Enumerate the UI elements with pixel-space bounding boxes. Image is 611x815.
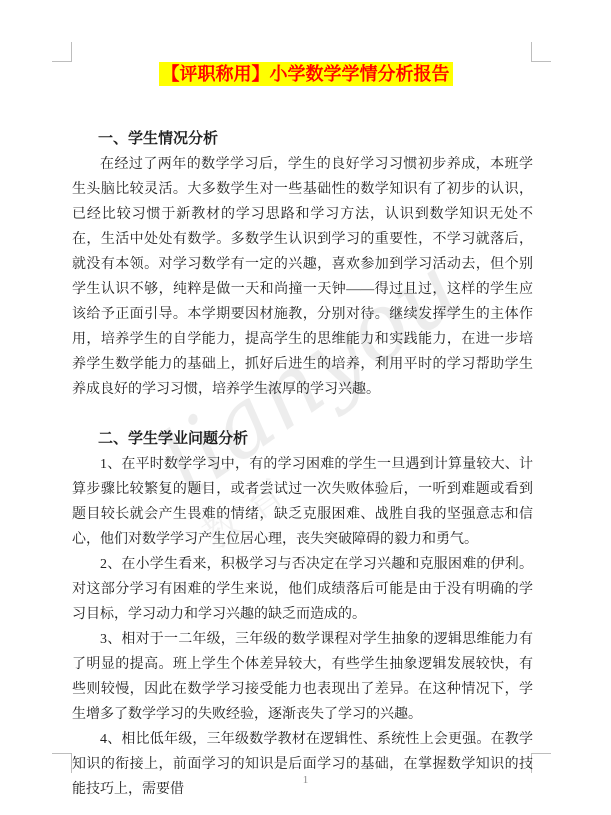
crop-mark-top-left: [71, 42, 72, 62]
crop-mark-top-right: [531, 42, 532, 62]
paragraph-problem-3: 3、相对于一二年级，三年级的数学课程对学生抽象的逻辑思维能力有了明显的提高。班上…: [72, 627, 533, 727]
section-heading-student-situation: 一、学生情况分析: [72, 127, 533, 152]
crop-mark-bottom-right: [531, 753, 551, 754]
crop-mark-bottom-left: [52, 753, 72, 754]
paragraph-student-situation: 在经过了两年的数学学习后，学生的良好学习习惯初步养成，本班学生头脑比较灵活。大多…: [72, 152, 533, 402]
title-highlight: 【评职称用】小学数学学情分析报告: [159, 62, 453, 86]
paragraph-problem-2: 2、在小学生看来，积极学习与否决定在学习兴趣和克服困难的伊利。对这部分学习有困难…: [72, 552, 533, 627]
paragraph-problem-1: 1、在平时数学学习中，有的学习困难的学生一旦遇到计算量较大、计算步骤比较繁复的题…: [72, 452, 533, 552]
page-number: 1: [0, 774, 611, 786]
document-page: lianyou 教育 【评职称用】小学数学学情分析报告 一、学生情况分析 在经过…: [0, 0, 611, 815]
document-title: 【评职称用】小学数学学情分析报告: [0, 60, 611, 88]
section-heading-academic-problems: 二、学生学业问题分析: [72, 427, 533, 452]
paragraph-problem-4: 4、相比低年级，三年级数学教材在逻辑性、系统性上会更强。在教学知识的衔接上，前面…: [72, 727, 533, 802]
document-body: 一、学生情况分析 在经过了两年的数学学习后，学生的良好学习习惯初步养成，本班学生…: [72, 127, 533, 802]
